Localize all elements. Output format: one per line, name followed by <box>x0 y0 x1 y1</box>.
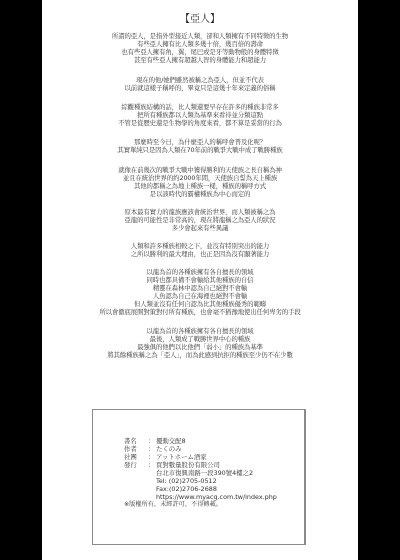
colophon-colon: ： <box>148 453 154 461</box>
text-line: 也有些亞人擁有角，翼，尾巴或是牙等動物般的身體特徵 <box>42 48 358 56</box>
paragraph: 綜觀種族結構的話，比人類還要早存在許多的種族非常多把所有種族都以人類為基準來看待… <box>42 103 358 127</box>
paragraph: 以龍為首的各種族擁有各自擅長的領域同時也都具備不會輸給其他種族的自信精靈在森林中… <box>42 268 358 316</box>
text-line: 人類和許多種族相較之下，並沒有特別突出的能力 <box>42 242 358 250</box>
text-line: 並且在統治世界的約2000年間，天使族自誓為天上種族 <box>42 174 358 182</box>
text-line: 其他的都稱之為地上種族一樣，種族的稱呼方式 <box>42 182 358 190</box>
text-line: 甚至有些亞人擁有超越人智的身體能力和超能力 <box>42 56 358 64</box>
text-line: 所以會徹底展開對策對付所有種族，也會毫不猶豫地使出任何卑劣的手段 <box>42 308 358 316</box>
page-title: 【亞人】 <box>42 14 358 26</box>
colophon-colon: ： <box>148 437 154 445</box>
text-line: 其實單純只是因為人類在70年前的戰爭大戰中成了戰勝種族 <box>42 146 358 154</box>
text-line: 精靈在森林中認為自己絕對不會輸 <box>42 284 358 292</box>
colophon-address: 台北市復興南路一段390號4樓之2 <box>156 469 253 477</box>
text-line: 綜觀種族結構的話，比人類還要早存在許多的種族非常多 <box>42 103 358 111</box>
paragraph: 那麼時至今日，為什麼亞人的稱呼會普及化呢？其實單純只是因為人類在70年前的戰爭大… <box>42 138 358 154</box>
text-line: 最強俱的他們以比他們「弱小」的種族為基準 <box>42 343 358 351</box>
paragraph: 所謂的亞人，是指外型接近人類，卻和人類擁有不同特徵的生物有些亞人擁有比人類多幾十… <box>42 32 358 64</box>
text-line: 所謂的亞人，是指外型接近人類，卻和人類擁有不同特徵的生物 <box>42 32 358 40</box>
colophon-tel: Tel: (02)2705-0512 <box>156 477 217 485</box>
text-line: 以前就這樣子稱呼的，畢竟只是這幾十年來定義的俗稱 <box>42 84 358 92</box>
paragraph: 就像在前幾次的戰爭大戰中獲得勝利的天使族之長自稱為神並且在統治世界的約2000年… <box>42 166 358 198</box>
colophon-box: 書名 ： 擾動交配8 作者 ： たくのみ 社團 ： アットホーム酒家 發行 ： … <box>92 409 306 545</box>
colophon-label: 作者 <box>124 445 144 453</box>
text-line: 之所以勝利的最大理由，也正是因為沒有顯著能力 <box>42 250 358 258</box>
colophon-value: アットホーム酒家 <box>156 453 207 461</box>
text-line: 但人類並沒有任何自認為比其他種族優秀的範疇 <box>42 300 358 308</box>
colophon-label: 發行 <box>124 461 144 469</box>
text-line: 人魚認為自己在海裡也絕對不會輸 <box>42 292 358 300</box>
text-line: 是以該時代的霸權種族為中心而定的 <box>42 190 358 198</box>
paragraph: 原本最有實力的龍族應該會統治世界，而人類被稱之為亞龍的可能性是非常高的，現在將龍… <box>42 208 358 232</box>
paragraph: 現在的他/她們雖然被稱之為亞人，但並不代表以前就這樣子稱呼的，畢竟只是這幾十年來… <box>42 76 358 92</box>
colophon-value: 擾動交配8 <box>156 437 186 445</box>
paragraph: 以龍為首的各種族擁有各自擅長的領域最後，人類成了戰勝世界中心的種族最強俱的他們以… <box>42 327 358 359</box>
text-line: 將其餘種族稱之為「亞人」，而為此感到抗拒的種族至少仍不在少數 <box>42 351 358 359</box>
text-line: 有些亞人擁有比人類多幾十倍，幾百倍的壽命 <box>42 40 358 48</box>
colophon-colon: ： <box>148 445 154 453</box>
text-line: 同時也都具備不會輸給其他種族的自信 <box>42 276 358 284</box>
text-line: 多少會起來有些異議 <box>42 224 358 232</box>
colophon-colon: ： <box>148 461 154 469</box>
text-line: 原本最有實力的龍族應該會統治世界，而人類被稱之為 <box>42 208 358 216</box>
text-line: 最後，人類成了戰勝世界中心的種族 <box>42 335 358 343</box>
text-line: 不管是從歷史還是生物學的角度來看，都不算是妥當的行為 <box>42 119 358 127</box>
text-line: 把所有種族都以人類為基準來看待並分類這點 <box>42 111 358 119</box>
colophon-value: 買對數量股份有限公司 <box>156 461 220 469</box>
colophon-label: 書名 <box>124 437 144 445</box>
colophon-fax: Fax:(02)2706-2688 <box>156 485 217 493</box>
text-line: 現在的他/她們雖然被稱之為亞人，但並不代表 <box>42 76 358 84</box>
colophon-label: 社團 <box>124 453 144 461</box>
copyright-notice: ※版權所有，未經許可，不得轉載。 <box>124 501 222 509</box>
text-line: 那麼時至今日，為什麼亞人的稱呼會普及化呢？ <box>42 138 358 146</box>
text-line: 亞龍的可能性是非常高的，現在將龍稱之為亞人的狀況 <box>42 216 358 224</box>
text-line: 以龍為首的各種族擁有各自擅長的領域 <box>42 268 358 276</box>
text-line: 就像在前幾次的戰爭大戰中獲得勝利的天使族之長自稱為神 <box>42 166 358 174</box>
document-page: 【亞人】 所謂的亞人，是指外型接近人類，卻和人類擁有不同特徵的生物有些亞人擁有比… <box>42 0 358 560</box>
text-line: 以龍為首的各種族擁有各自擅長的領域 <box>42 327 358 335</box>
colophon-value: たくのみ <box>156 445 182 453</box>
paragraph: 人類和許多種族相較之下，並沒有特別突出的能力之所以勝利的最大理由，也正是因為沒有… <box>42 242 358 258</box>
colophon-url[interactable]: https://www.myacg.com.tw/index.php <box>156 493 277 501</box>
